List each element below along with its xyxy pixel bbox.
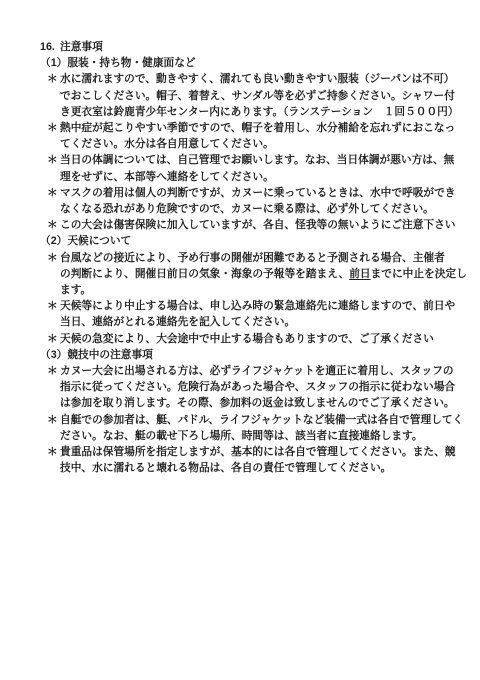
section-heading: （3）競技中の注意事項 (40, 347, 470, 363)
section-2: （2）天候について＊台風などの接近により、予め行事の開催が困難であると予測される… (40, 233, 470, 346)
bullet-item: ＊水に濡れますので、動きやすく、濡れても良い動きやすい服装（ジーパンは不可）でお… (40, 71, 470, 120)
item-text-line: この大会は傷害保険に加入していますが、各自、怪我等の無いようにご注意下さい (60, 217, 470, 233)
item-text-line: 天候の急変により、大会途中で中止する場合もありますので、ご了承ください (60, 331, 470, 347)
item-text-line: なくなる恐れがあり危険ですので、カヌーに乗る際は、必ず外してください。 (60, 201, 470, 217)
item-text-line: マスクの着用は個人の判断ですが、カヌーに乗っているときは、水中で呼吸ができ (60, 185, 470, 201)
item-text-line: ださい。なお、艇の載せ下ろし場所、時間等は、該当者に直接連絡します。 (60, 428, 470, 444)
item-text-line: 台風などの接近により、予め行事の開催が困難であると予測される場合、主催者 (60, 250, 470, 266)
item-text-line: カヌー大会に出場される方は、必ずライフジャケットを適正に着用し、スタッフの (60, 363, 470, 379)
bullet-item: ＊貴重品は保管場所を指定しますが、基本的には各自で管理してください。また、競技中… (40, 444, 470, 476)
section-1: （1）服装・持ち物・健康面など＊水に濡れますので、動きやすく、濡れても良い動きや… (40, 55, 470, 233)
item-text-line: ます。 (60, 282, 470, 298)
item-text-line: でおこしください。帽子、着替え、サンダル等を必ずご持参ください。シャワー付 (60, 88, 470, 104)
bullet-item: ＊熱中症が起こりやすい季節ですので、帽子を着用し、水分補給を忘れずにおこなってく… (40, 120, 470, 152)
item-text-line: の判断により、開催日前日の気象・海象の予報等を踏まえ、前日までに中止を決定し (60, 266, 470, 282)
item-text-line: き更衣室は鈴鹿青少年センター内にあります。（ランステーション １回５００円） (60, 104, 470, 120)
section-heading: （1）服装・持ち物・健康面など (40, 55, 470, 71)
bullet-item: ＊天候の急変により、大会途中で中止する場合もありますので、ご了承ください (40, 331, 470, 347)
asterisk-bullet: ＊ (47, 444, 58, 460)
bullet-item: ＊天候等により中止する場合は、申し込み時の緊急連絡先に連絡しますので、前日や当日… (40, 298, 470, 330)
asterisk-bullet: ＊ (47, 217, 58, 233)
title-number: 16. (40, 39, 55, 55)
item-text-line: 貴重品は保管場所を指定しますが、基本的には各自で管理してください。また、競 (60, 444, 470, 460)
item-text-line: 天候等により中止する場合は、申し込み時の緊急連絡先に連絡しますので、前日や (60, 298, 470, 314)
bullet-item: ＊カヌー大会に出場される方は、必ずライフジャケットを適正に着用し、スタッフの指示… (40, 363, 470, 412)
item-text-line: てください。水分は各自用意してください。 (60, 136, 470, 152)
section-heading: （2）天候について (40, 233, 470, 249)
underlined-text: 前日 (349, 268, 370, 280)
asterisk-bullet: ＊ (47, 71, 58, 87)
item-text-line: 指示に従ってください。危険行為があった場合や、スタッフの指示に従わない場合 (60, 379, 470, 395)
asterisk-bullet: ＊ (47, 185, 58, 201)
asterisk-bullet: ＊ (47, 412, 58, 428)
sections-container: （1）服装・持ち物・健康面など＊水に濡れますので、動きやすく、濡れても良い動きや… (40, 55, 470, 476)
item-text-line: は参加を取り消します。その際、参加料の返金は致しませんのでご了承ください。 (60, 395, 470, 411)
item-text-line: 理をせずに、本部等へ連絡をしてください。 (60, 169, 470, 185)
document-page: 16. 注意事項 （1）服装・持ち物・健康面など＊水に濡れますので、動きやすく、… (0, 0, 480, 680)
asterisk-bullet: ＊ (47, 298, 58, 314)
asterisk-bullet: ＊ (47, 363, 58, 379)
bullet-item: ＊マスクの着用は個人の判断ですが、カヌーに乗っているときは、水中で呼吸ができなく… (40, 185, 470, 217)
item-text-line: 当日の体調については、自己管理でお願いします。なお、当日体調が悪い方は、無 (60, 152, 470, 168)
item-text-line: 技中、水に濡れると壊れる物品は、各自の責任で管理してください。 (60, 460, 470, 476)
document-content: 16. 注意事項 （1）服装・持ち物・健康面など＊水に濡れますので、動きやすく、… (40, 39, 470, 476)
document-title: 16. 注意事項 (40, 39, 470, 55)
bullet-item: ＊自艇での参加者は、艇、パドル、ライフジャケットなど装備一式は各自で管理してくだ… (40, 412, 470, 444)
asterisk-bullet: ＊ (47, 152, 58, 168)
item-text-line: 当日、連絡がとれる連絡先を記入してください。 (60, 314, 470, 330)
title-text: 注意事項 (60, 41, 103, 53)
asterisk-bullet: ＊ (47, 331, 58, 347)
asterisk-bullet: ＊ (47, 120, 58, 136)
item-text-line: 自艇での参加者は、艇、パドル、ライフジャケットなど装備一式は各自で管理してく (60, 412, 470, 428)
section-3: （3）競技中の注意事項＊カヌー大会に出場される方は、必ずライフジャケットを適正に… (40, 347, 470, 477)
bullet-item: ＊当日の体調については、自己管理でお願いします。なお、当日体調が悪い方は、無理を… (40, 152, 470, 184)
item-text-line: 水に濡れますので、動きやすく、濡れても良い動きやすい服装（ジーパンは不可） (60, 71, 470, 87)
asterisk-bullet: ＊ (47, 250, 58, 266)
item-text-line: 熱中症が起こりやすい季節ですので、帽子を着用し、水分補給を忘れずにおこなっ (60, 120, 470, 136)
bullet-item: ＊台風などの接近により、予め行事の開催が困難であると予測される場合、主催者の判断… (40, 250, 470, 299)
bullet-item: ＊この大会は傷害保険に加入していますが、各自、怪我等の無いようにご注意下さい (40, 217, 470, 233)
